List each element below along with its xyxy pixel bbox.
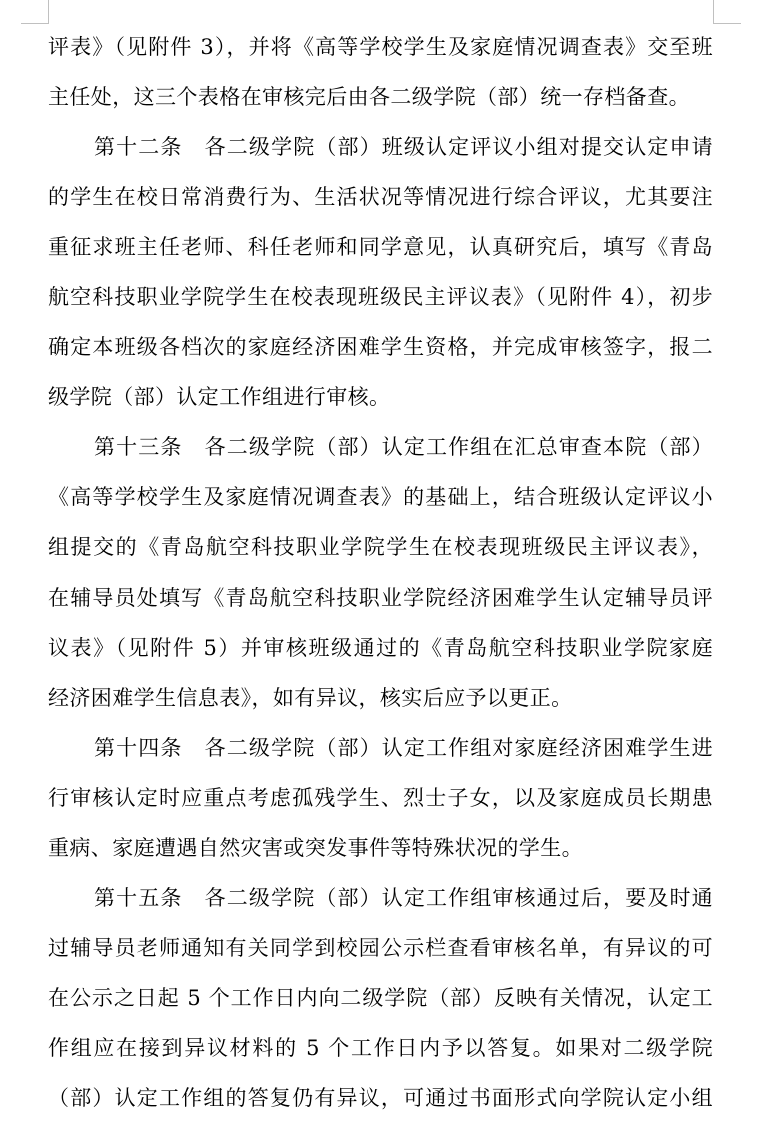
- top-left-margin-mark-vertical: [48, 0, 49, 23]
- text-line: 重病、家庭遭遇自然灾害或突发事件等特殊状况的学生。: [48, 823, 713, 873]
- paragraph-article-14: 第十四条 各二级学院（部）认定工作组对家庭经济困难学生进 行审核认定时应重点考虑…: [48, 723, 713, 873]
- article-heading-line: 第十四条 各二级学院（部）认定工作组对家庭经济困难学生进: [48, 723, 713, 773]
- document-body[interactable]: 评表》（见附件 3），并将《高等学校学生及家庭情况调查表》交至班 主任处，这三个…: [48, 22, 713, 1123]
- text-line: 评表》（见附件 3），并将《高等学校学生及家庭情况调查表》交至班: [48, 22, 713, 72]
- top-right-margin-mark-horizontal: [713, 23, 741, 24]
- paragraph-article-12: 第十二条 各二级学院（部）班级认定评议小组对提交认定申请 的学生在校日常消费行为…: [48, 122, 713, 422]
- article-heading-line: 第十五条 各二级学院（部）认定工作组审核通过后，要及时通: [48, 873, 713, 923]
- text-line: 过辅导员老师通知有关同学到校园公示栏查看审核名单，有异议的可: [48, 923, 713, 973]
- paragraph-article-13: 第十三条 各二级学院（部）认定工作组在汇总审查本院（部） 《高等学校学生及家庭情…: [48, 422, 713, 722]
- text-line: 级学院（部）认定工作组进行审核。: [48, 372, 713, 422]
- text-line: 的学生在校日常消费行为、生活状况等情况进行综合评议，尤其要注: [48, 172, 713, 222]
- text-line: 重征求班主任老师、科任老师和同学意见，认真研究后，填写《青岛: [48, 222, 713, 272]
- text-line: 经济困难学生信息表》，如有异议，核实后应予以更正。: [48, 673, 713, 723]
- paragraph-article-15: 第十五条 各二级学院（部）认定工作组审核通过后，要及时通 过辅导员老师通知有关同…: [48, 873, 713, 1123]
- text-line: 组提交的《青岛航空科技职业学院学生在校表现班级民主评议表》，: [48, 522, 713, 572]
- top-left-margin-mark-horizontal: [21, 23, 49, 24]
- text-line: （部）认定工作组的答复仍有异议，可通过书面形式向学院认定小组: [48, 1073, 713, 1123]
- text-line: 行审核认定时应重点考虑孤残学生、烈士子女，以及家庭成员长期患: [48, 773, 713, 823]
- top-right-margin-mark-vertical: [713, 0, 714, 23]
- text-line: 《高等学校学生及家庭情况调查表》的基础上，结合班级认定评议小: [48, 472, 713, 522]
- paragraph-continuation: 评表》（见附件 3），并将《高等学校学生及家庭情况调查表》交至班 主任处，这三个…: [48, 22, 713, 122]
- document-page: 评表》（见附件 3），并将《高等学校学生及家庭情况调查表》交至班 主任处，这三个…: [0, 0, 761, 1137]
- text-line: 主任处，这三个表格在审核完后由各二级学院（部）统一存档备查。: [48, 72, 713, 122]
- article-heading-line: 第十二条 各二级学院（部）班级认定评议小组对提交认定申请: [48, 122, 713, 172]
- text-line: 航空科技职业学院学生在校表现班级民主评议表》（见附件 4），初步: [48, 272, 713, 322]
- text-line: 在公示之日起 5 个工作日内向二级学院（部）反映有关情况，认定工: [48, 973, 713, 1023]
- text-line: 确定本班级各档次的家庭经济困难学生资格，并完成审核签字，报二: [48, 322, 713, 372]
- text-line: 作组应在接到异议材料的 5 个工作日内予以答复。如果对二级学院: [48, 1023, 713, 1073]
- text-line: 议表》（见附件 5）并审核班级通过的《青岛航空科技职业学院家庭: [48, 623, 713, 673]
- text-line: 在辅导员处填写《青岛航空科技职业学院经济困难学生认定辅导员评: [48, 573, 713, 623]
- article-heading-line: 第十三条 各二级学院（部）认定工作组在汇总审查本院（部）: [48, 422, 713, 472]
